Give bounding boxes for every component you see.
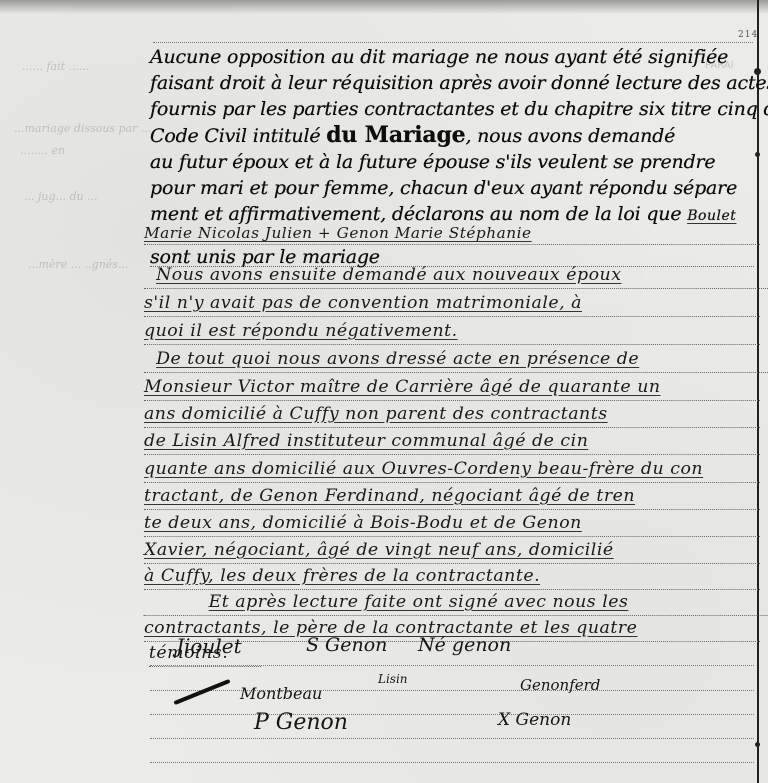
ruled-line [150,665,754,666]
handwritten-line: à Cuffy, les deux frères de la contracta… [144,563,760,590]
header-rule [153,42,753,43]
signature-bride: S Genon [306,634,387,656]
binding-mark [755,742,760,747]
margin-note: ...... fait ...... [22,60,90,73]
ruled-line [150,714,754,715]
printed-text: Code Civil intitulé [150,125,326,147]
handwritten-line: te deux ans, domicilié à Bois-Bodu et de… [144,510,760,537]
handwritten-line: De tout quoi nous avons dressé acte en p… [144,346,768,373]
handwritten-line: Monsieur Victor maître de Carrière âgé d… [144,374,760,401]
handwritten-line: Et après lecture faite ont signé avec no… [143,589,768,616]
signature-bride-maiden: Né genon [418,634,511,656]
margin-note: ... jug... du ... [24,190,98,203]
signature-witness: Genonferd [520,676,600,694]
signature-flourish [173,679,230,705]
margin-note: ...mariage dissous par ... [14,122,151,135]
printed-text: , nous avons demandé [465,125,675,147]
signature-father: P Genon [254,710,348,735]
handwritten-line: Xavier, négociant, âgé de vingt neuf ans… [144,537,760,564]
left-margin: ...... fait ...... ...mariage dissous pa… [0,0,150,783]
margin-note: ........ en [20,144,65,157]
signature-groom: Jioulet [176,634,242,658]
ruled-line [150,762,754,763]
printed-line-5: au futur époux et à la future épouse s'i… [150,149,754,175]
signature-witness: Montbeau [240,684,322,703]
handwritten-line: ans domicilié à Cuffy non parent des con… [144,401,760,428]
printed-line-4: Code Civil intitulé du Mariage, nous avo… [150,122,754,148]
printed-line-1: Aucune opposition au dit mariage ne nous… [150,44,754,70]
spouses-names-line: Marie Nicolas Julien + Genon Marie Stéph… [144,220,760,245]
chapter-title: du Mariage [326,122,465,148]
page-number: 214 [738,30,758,40]
signature-witness: X Genon [498,710,571,730]
printed-line-3: fournis par les parties contractantes et… [150,96,754,122]
signature-witness: Lisin [378,672,408,686]
handwritten-line: s'il n'y avait pas de convention matrimo… [144,290,760,317]
printed-line-2: faisant droit à leur réquisition après a… [150,70,754,96]
printed-line-6: pour mari et pour femme, chacun d'eux ay… [150,175,754,201]
handwritten-line: tractant, de Genon Ferdinand, négociant … [144,483,760,510]
margin-note: ...mère ... ..gnés... [28,258,128,271]
handwritten-line: quoi il est répondu négativement. [144,318,760,345]
handwritten-line: quante ans domicilié aux Ouvres-Cordeny … [144,456,760,483]
handwritten-line: de Lisin Alfred instituteur communal âgé… [144,428,760,455]
document-page: ...... fait ...... ...mariage dissous pa… [0,0,768,783]
handwritten-line: Nous avons ensuite demandé aux nouveaux … [144,262,768,289]
ruled-line [150,738,754,739]
binding-mark [755,152,760,157]
